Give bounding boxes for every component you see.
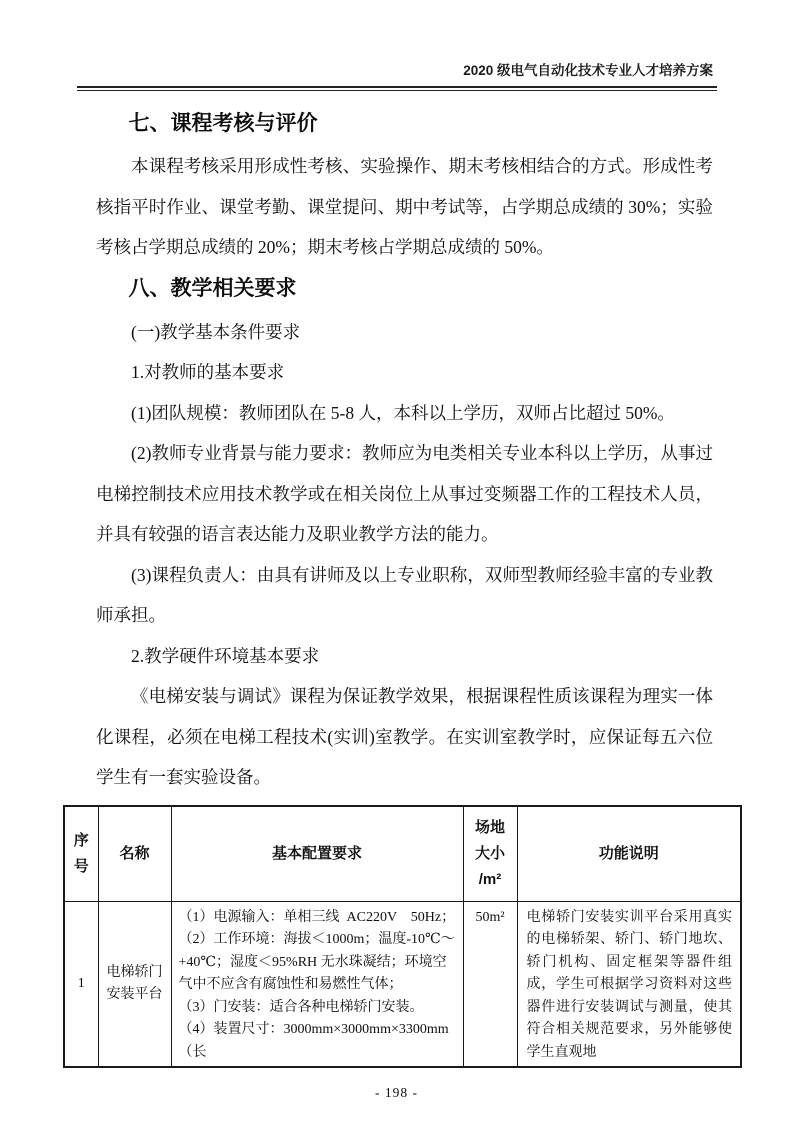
team-size-paragraph: (1)团队规模：教师团队在 5-8 人，本科以上学历，双师占比超过 50%。: [96, 393, 713, 434]
function-description-cell: 电梯轿门安装实训平台采用真实的电梯轿架、轿门、轿门地坎、轿门机构、固定框架等器件…: [517, 901, 741, 1067]
hardware-environment-paragraph: 《电梯安装与调试》课程为保证教学效果，根据课程性质该课程为理实一体化课程，必须在…: [96, 676, 713, 798]
subsection-1-heading: (一)教学基本条件要求: [96, 312, 713, 353]
header-cell-config: 基本配置要求: [171, 806, 463, 902]
hardware-requirements-heading: 2.教学硬件环境基本要求: [96, 636, 713, 677]
page-header-title: 2020 级电气自动化技术专业人才培养方案: [77, 62, 713, 79]
site-area-cell: 50m²: [463, 901, 517, 1067]
teacher-requirements-heading: 1.对教师的基本要求: [96, 352, 713, 393]
page-number: - 198 -: [0, 1085, 793, 1101]
equipment-name-cell: 电梯轿门安装平台: [98, 901, 171, 1067]
header-cell-name: 名称: [98, 806, 171, 902]
page-content: 七、课程考核与评价 本课程考核采用形成性考核、实验操作、期末考核相结合的方式。形…: [96, 110, 713, 798]
document-page: 2020 级电气自动化技术专业人才培养方案 七、课程考核与评价 本课程考核采用形…: [0, 0, 793, 1122]
section-7-paragraph: 本课程考核采用形成性考核、实验操作、期末考核相结合的方式。形成性考核指平时作业、…: [96, 146, 713, 268]
section-8-heading: 八、教学相关要求: [96, 275, 713, 303]
table-row: 1 电梯轿门安装平台 （1）电源输入：单相三线 AC220V 50Hz； （2）…: [64, 901, 741, 1067]
course-leader-paragraph: (3)课程负责人：由具有讲师及以上专业职称，双师型教师经验丰富的专业教师承担。: [96, 555, 713, 636]
header-rule: [77, 86, 717, 91]
header-cell-function: 功能说明: [517, 806, 741, 902]
equipment-table: 序 号 名称 基本配置要求 场地 大小 /m² 功能说明 1 电梯轿门安装平台 …: [63, 805, 742, 1069]
header-cell-number: 序 号: [64, 806, 98, 902]
teacher-background-paragraph: (2)教师专业背景与能力要求：教师应为电类相关专业本科以上学历，从事过电梯控制技…: [96, 433, 713, 555]
header-cell-area: 场地 大小 /m²: [463, 806, 517, 902]
section-7-heading: 七、课程考核与评价: [96, 110, 713, 138]
config-requirements-cell: （1）电源输入：单相三线 AC220V 50Hz； （2）工作环境：海拔＜100…: [171, 901, 463, 1067]
table-header-row: 序 号 名称 基本配置要求 场地 大小 /m² 功能说明: [64, 806, 741, 902]
row-number-cell: 1: [64, 901, 98, 1067]
equipment-table-wrapper: 序 号 名称 基本配置要求 场地 大小 /m² 功能说明 1 电梯轿门安装平台 …: [63, 805, 793, 1069]
